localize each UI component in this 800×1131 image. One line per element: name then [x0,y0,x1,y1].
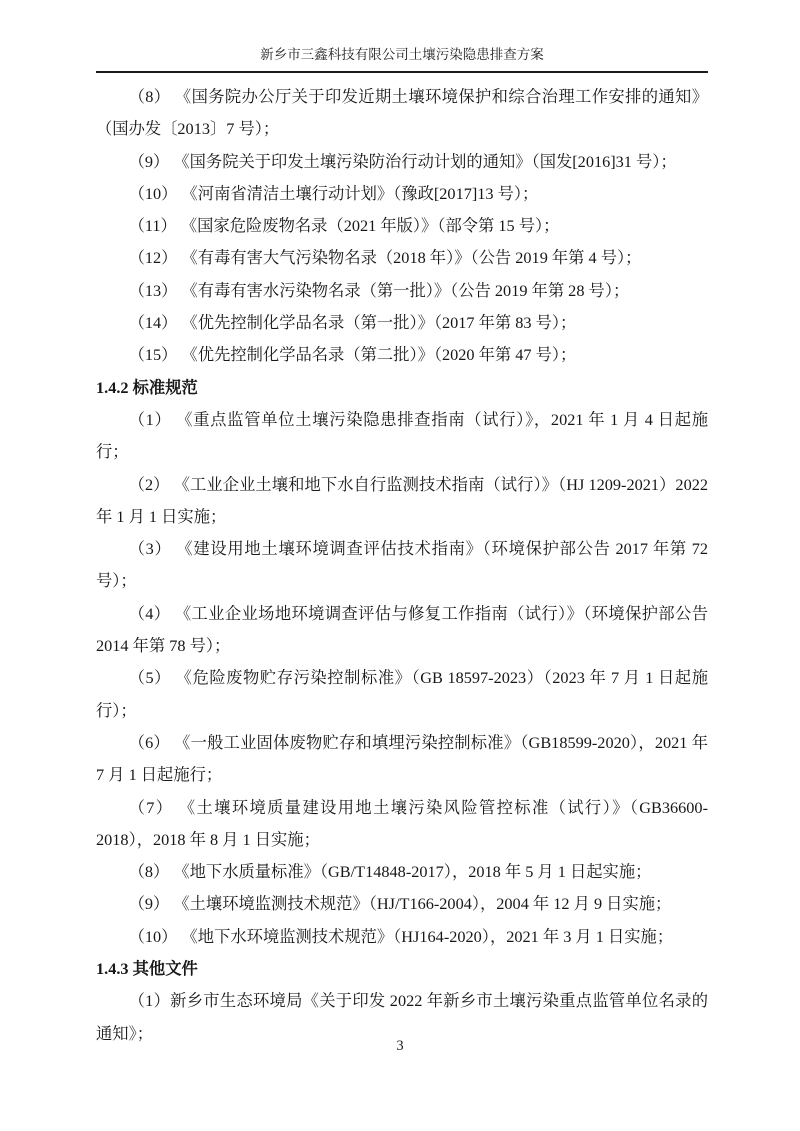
standards-item-8: （8） 《地下水质量标准》（GB/T14848-2017），2018 年 5 月… [96,856,708,888]
page-header: 新乡市三鑫科技有限公司土壤污染隐患排查方案 [96,46,708,73]
standards-item-9: （9） 《土壤环境监测技术规范》（HJ/T166-2004），2004 年 12… [96,888,708,920]
page-number: 3 [396,1038,403,1054]
page-footer: 3 [0,1038,800,1055]
standards-item-1: （1） 《重点监管单位土壤污染隐患排查指南（试行）》，2021 年 1 月 4 … [96,404,708,469]
standards-item-3: （3） 《建设用地土壤环境调查评估技术指南》（环境保护部公告 2017 年第 7… [96,533,708,598]
list-item-14: （14） 《优先控制化学品名录（第一批）》（2017 年第 83 号）； [96,307,708,339]
standards-item-4: （4） 《工业企业场地环境调查评估与修复工作指南（试行）》（环境保护部公告 20… [96,598,708,663]
header-title: 新乡市三鑫科技有限公司土壤污染隐患排查方案 [96,46,708,64]
list-item-11: （11） 《国家危险废物名录（2021 年版）》（部令第 15 号）； [96,210,708,242]
standards-item-7: （7） 《土壤环境质量建设用地土壤污染风险管控标准（试行）》（GB36600-2… [96,792,708,857]
list-item-13: （13） 《有毒有害水污染物名录（第一批）》（公告 2019 年第 28 号）； [96,275,708,307]
list-item-12: （12） 《有毒有害大气污染物名录（2018 年）》（公告 2019 年第 4 … [96,242,708,274]
list-item-9: （9） 《国务院关于印发土壤污染防治行动计划的通知》（国发[2016]31 号）… [96,146,708,178]
standards-item-6: （6） 《一般工业固体废物贮存和填埋污染控制标准》（GB18599-2020），… [96,727,708,792]
section-heading-1-4-3: 1.4.3 其他文件 [96,953,708,985]
document-page: 新乡市三鑫科技有限公司土壤污染隐患排查方案 （8） 《国务院办公厅关于印发近期土… [0,0,800,1131]
list-item-15: （15） 《优先控制化学品名录（第二批）》（2020 年第 47 号）； [96,339,708,371]
section-heading-1-4-2: 1.4.2 标准规范 [96,372,708,404]
list-item-10: （10） 《河南省清洁土壤行动计划》（豫政[2017]13 号）； [96,178,708,210]
standards-item-10: （10） 《地下水环境监测技术规范》（HJ164-2020），2021 年 3 … [96,921,708,953]
standards-item-2: （2） 《工业企业土壤和地下水自行监测技术指南（试行）》（HJ 1209-202… [96,469,708,534]
document-body: （8） 《国务院办公厅关于印发近期土壤环境保护和综合治理工作安排的通知》（国办发… [96,81,708,1050]
list-item-8: （8） 《国务院办公厅关于印发近期土壤环境保护和综合治理工作安排的通知》（国办发… [96,81,708,146]
standards-item-5: （5） 《危险废物贮存污染控制标准》（GB 18597-2023）（2023 年… [96,662,708,727]
